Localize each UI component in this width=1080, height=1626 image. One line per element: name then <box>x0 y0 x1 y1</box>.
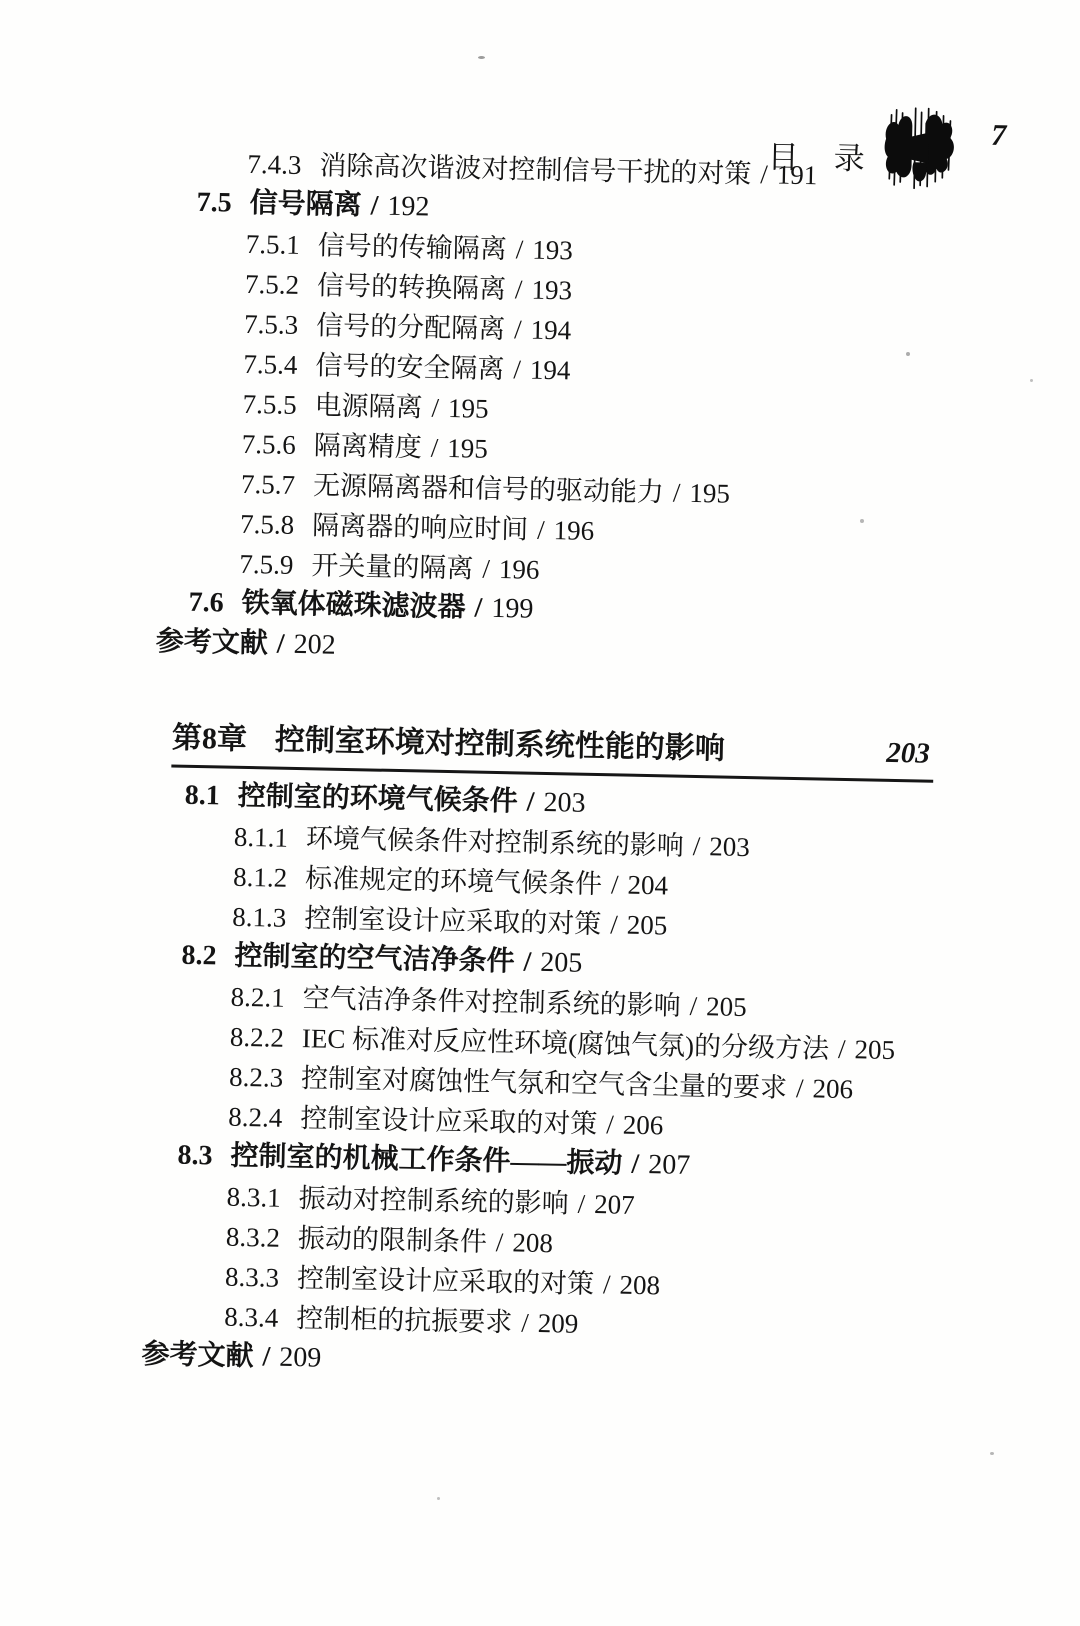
toc-entry-title: 空气洁净条件对控制系统的影响 <box>302 983 681 1021</box>
toc-entry-number: 7.5.2 <box>245 269 300 300</box>
toc-entry-title: 标准规定的环境气候条件 <box>305 863 603 899</box>
toc-entry-page: 192 <box>387 191 430 223</box>
toc-entry-number: 8.2.1 <box>230 982 285 1013</box>
toc-entry-number: 7.5.6 <box>242 429 297 460</box>
toc-entry-page: 206 <box>812 1073 853 1104</box>
toc-separator: / <box>606 1109 614 1139</box>
toc-entry-number: 7.4.3 <box>247 149 302 180</box>
toc-entry-number: 7.6 <box>188 587 224 619</box>
toc-entry-title: 铁氧体磁珠滤波器 <box>241 588 466 623</box>
toc-separator: / <box>370 190 378 221</box>
toc-entry-title: 振动的限制条件 <box>298 1223 488 1257</box>
toc-entry-title: 隔离器的响应时间 <box>312 510 529 544</box>
toc-entry-page: 205 <box>626 910 667 941</box>
toc-entry-number: 8.2.2 <box>230 1022 285 1053</box>
chapter-heading: 第8章控制室环境对控制系统性能的影响203 <box>171 714 934 782</box>
toc-entry-number: 7.5.5 <box>242 389 297 420</box>
toc-separator: / <box>526 787 534 818</box>
toc-entry-title: 控制室设计应采取的对策 <box>304 903 602 939</box>
toc-entry-number: 7.5 <box>196 187 232 219</box>
toc-separator: / <box>430 433 438 463</box>
toc-entry-page: 208 <box>619 1270 660 1301</box>
toc-entry-number: 7.5.1 <box>246 229 301 260</box>
toc-entry-page: 195 <box>689 478 730 509</box>
page-content: 目 录 <box>135 92 1007 1392</box>
toc-entry-title: 控制室对腐蚀性气氛和空气含尘量的要求 <box>301 1063 788 1103</box>
toc-entry-page: 202 <box>293 629 336 661</box>
toc-entry-page: 204 <box>627 870 668 901</box>
toc-separator: / <box>693 831 701 861</box>
toc-entry-page: 207 <box>594 1189 635 1220</box>
toc-separator: / <box>496 1227 504 1257</box>
toc-separator: / <box>537 515 545 545</box>
scan-speck <box>1030 379 1033 382</box>
toc-entry-number: 8.2.3 <box>229 1062 284 1093</box>
chapter-title: 控制室环境对控制系统性能的影响 <box>274 717 725 774</box>
toc-entry-number: 8.3.3 <box>225 1262 280 1293</box>
toc-entry-number: 7.5.3 <box>244 309 299 340</box>
toc-entry-page: 193 <box>532 235 573 266</box>
toc-entry-title: 控制室的空气洁净条件 <box>234 941 515 978</box>
toc-entry-page: 207 <box>648 1149 691 1181</box>
toc-entry-title: 环境气候条件对控制系统的影响 <box>306 823 685 861</box>
toc-entry-number: 8.1.1 <box>234 822 289 853</box>
toc-entry-title: 消除高次谐波对控制信号干扰的对策 <box>319 150 752 189</box>
header-title: 目 录 <box>767 119 867 174</box>
toc-entry-title: 电源隔离 <box>314 390 423 422</box>
toc-separator: / <box>513 354 521 384</box>
toc-entry-number: 8.3 <box>177 1140 213 1172</box>
scan-speck <box>906 352 910 356</box>
toc-entry-number: 8.3.1 <box>226 1182 281 1213</box>
scan-speck <box>478 56 485 59</box>
scan-speck <box>990 1452 994 1455</box>
page-number: 7 <box>990 121 1006 179</box>
toc-entry-page: 206 <box>622 1110 663 1141</box>
toc-entry-number: 8.1 <box>184 780 220 812</box>
running-head: 目 录 <box>767 104 1007 191</box>
chapter-label: 第8章 <box>171 714 247 763</box>
toc-separator: / <box>482 554 490 584</box>
toc-entry-title: 信号的转换隔离 <box>317 270 507 304</box>
toc-entry-page: 195 <box>447 433 488 464</box>
toc-entry-title: 开关量的隔离 <box>311 550 474 583</box>
toc-separator: / <box>277 629 285 660</box>
toc-entry-page: 196 <box>553 515 594 546</box>
toc-entry-title: 控制室的机械工作条件——振动 <box>230 1141 623 1180</box>
toc-separator: / <box>689 991 697 1021</box>
toc-entry-number: 7.5.4 <box>243 349 298 380</box>
toc-entry-title: 控制室设计应采取的对策 <box>300 1103 598 1139</box>
toc-entry-page: 193 <box>531 275 572 306</box>
toc-separator: / <box>796 1073 804 1103</box>
toc-entry-title: 信号的安全隔离 <box>315 350 505 384</box>
toc-entry-page: 203 <box>543 787 586 819</box>
toc-entry-number: 8.2 <box>181 940 217 972</box>
toc-entry-title: 隔离精度 <box>314 430 423 462</box>
toc-entry-page: 205 <box>540 947 583 979</box>
toc-separator: / <box>515 234 523 264</box>
toc-entry-number: 8.1.3 <box>232 902 287 933</box>
toc-entry-page: 205 <box>854 1034 895 1065</box>
toc-entry-page: 203 <box>709 831 750 862</box>
toc-entry-page: 196 <box>499 554 540 585</box>
toc-entry-number: 7.5.8 <box>240 509 295 540</box>
toc-entry-page: 209 <box>279 1342 322 1374</box>
toc-separator: / <box>611 869 619 899</box>
toc-separator: / <box>603 1269 611 1299</box>
toc-separator: / <box>673 477 681 507</box>
toc-entry-page: 199 <box>491 593 534 625</box>
toc-entry-page: 195 <box>448 393 489 424</box>
toc-entry-title: 参考文献 <box>156 626 269 659</box>
toc-list: 7.4.3消除高次谐波对控制信号干扰的对策/1917.5信号隔离/1927.5.… <box>135 142 1006 1392</box>
toc-entry-page: 205 <box>706 991 747 1022</box>
toc-entry-number: 8.3.2 <box>226 1222 281 1253</box>
toc-separator: / <box>515 274 523 304</box>
toc-separator: / <box>514 314 522 344</box>
toc-entry-title: 信号隔离 <box>249 188 362 221</box>
toc-entry-page: 194 <box>530 315 571 346</box>
chapter-page-number: 203 <box>886 729 934 778</box>
toc-separator: / <box>474 593 482 624</box>
toc-entry-number: 7.5.7 <box>241 469 296 500</box>
scanned-book-page: 目 录 <box>0 0 1080 1626</box>
toc-entry-page: 209 <box>537 1308 578 1339</box>
toc-entry-number: 7.5.9 <box>239 549 294 580</box>
toc-separator: / <box>262 1341 270 1372</box>
toc-entry-page: 208 <box>512 1227 553 1258</box>
toc-separator: / <box>523 947 531 978</box>
toc-entry-title: 信号的传输隔离 <box>318 230 508 264</box>
toc-separator: / <box>610 909 618 939</box>
scan-speck <box>860 519 864 523</box>
toc-entry-number: 8.1.2 <box>233 862 288 893</box>
toc-entry-title: 振动对控制系统的影响 <box>298 1183 569 1218</box>
toc-entry-title: IEC 标准对反应性环境(腐蚀气氛)的分级方法 <box>302 1023 830 1064</box>
toc-entry-title: 参考文献 <box>141 1339 254 1372</box>
toc-separator: / <box>521 1308 529 1338</box>
toc-separator: / <box>838 1034 846 1064</box>
scan-speck <box>437 1497 440 1500</box>
toc-separator: / <box>431 393 439 423</box>
toc-separator: / <box>631 1149 639 1180</box>
toc-entry-number: 8.2.4 <box>228 1102 283 1133</box>
toc-separator: / <box>577 1189 585 1219</box>
toc-entry-title: 信号的分配隔离 <box>316 310 506 344</box>
toc-entry-title: 无源隔离器和信号的驱动能力 <box>313 470 665 507</box>
toc-entry-title: 控制室设计应采取的对策 <box>297 1263 595 1299</box>
toc-entry-number: 8.3.4 <box>224 1302 279 1333</box>
toc-entry-page: 194 <box>530 355 571 386</box>
toc-entry-title: 控制柜的抗振要求 <box>296 1303 513 1337</box>
toc-entry-title: 控制室的环境气候条件 <box>237 781 518 818</box>
ink-smudge-icon <box>880 107 958 191</box>
